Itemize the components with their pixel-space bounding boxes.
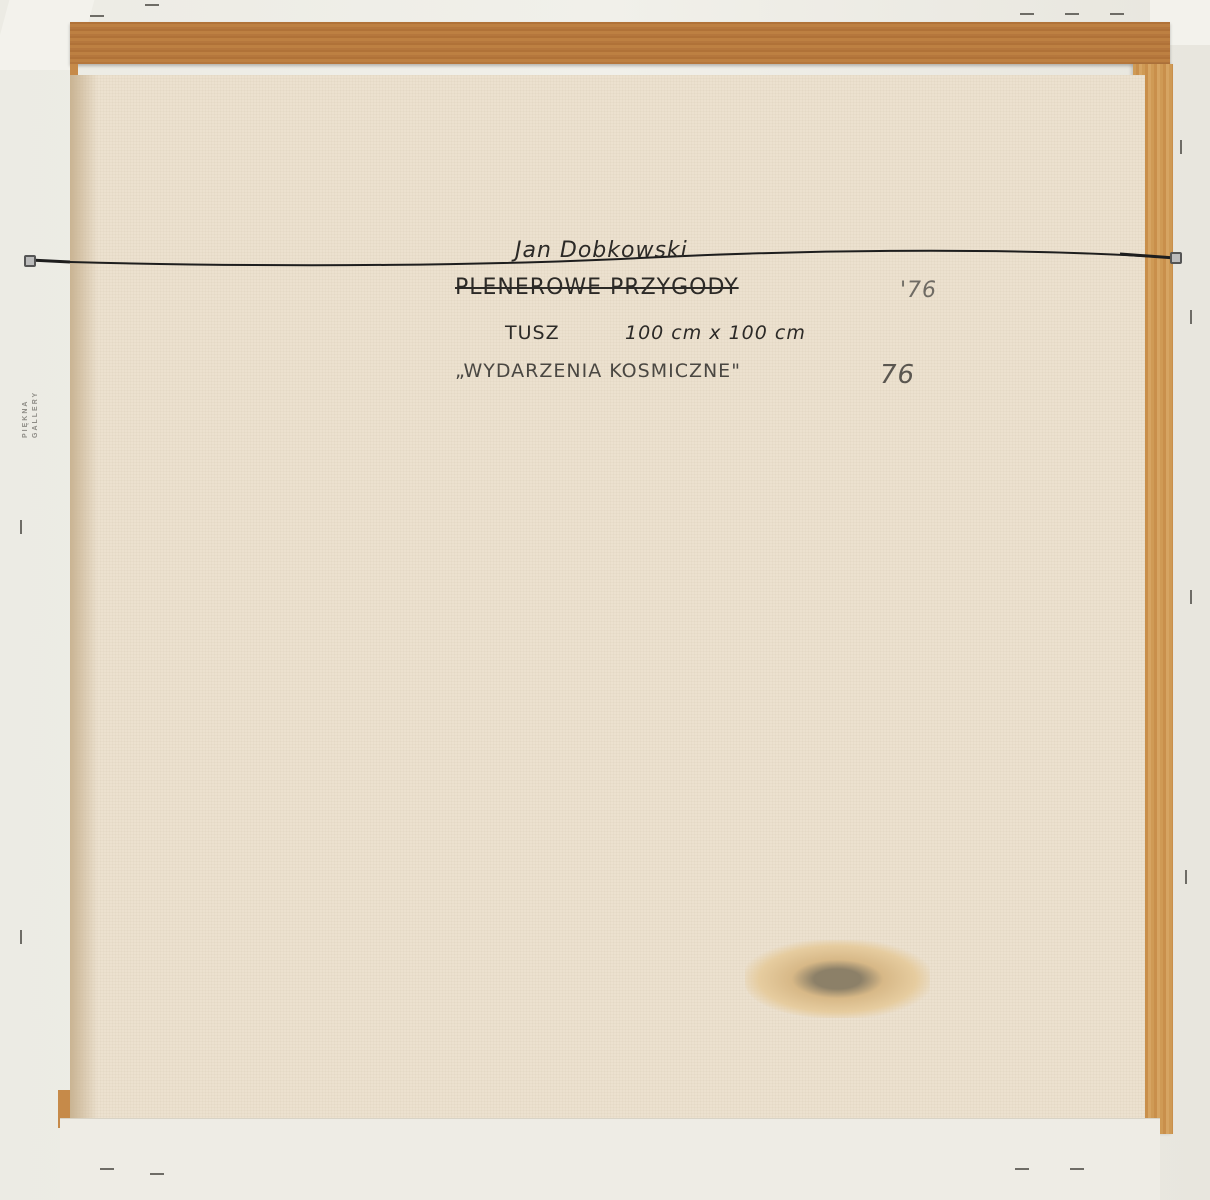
gallery-stamp: PIĘKNA GALLERY	[22, 368, 42, 438]
staple	[90, 15, 104, 17]
staple	[100, 1168, 114, 1170]
gallery-stamp-line1: PIĘKNA	[22, 400, 29, 438]
staple	[1110, 13, 1124, 15]
wire-hook-right	[1170, 252, 1182, 264]
artist-signature: Jan Dobkowski	[515, 238, 688, 263]
stretcher-bar-top	[70, 22, 1170, 64]
staple	[1065, 13, 1079, 15]
painting-title: „WYDARZENIA KOSMICZNE"	[455, 360, 741, 382]
wire-hook-left	[24, 255, 36, 267]
staple	[1190, 590, 1192, 604]
staple	[150, 1173, 164, 1175]
stain-mark	[745, 940, 930, 1018]
folded-canvas-bottom	[60, 1118, 1160, 1200]
crossed-out-year: '76	[900, 278, 937, 303]
medium-label: TUSZ	[505, 322, 560, 344]
staple	[1070, 1168, 1084, 1170]
painting-year: 76	[880, 360, 915, 390]
staple	[145, 4, 159, 6]
gallery-stamp-line2: GALLERY	[32, 391, 39, 438]
staple	[20, 930, 22, 944]
staple	[1015, 1168, 1029, 1170]
canvas-back	[70, 75, 1145, 1135]
staple	[20, 520, 22, 534]
crossed-out-title: PLENEROWE PRZYGODY	[455, 275, 739, 300]
staple	[1185, 870, 1187, 884]
dimensions-label: 100 cm x 100 cm	[625, 322, 806, 344]
staple	[1020, 13, 1034, 15]
staple	[1180, 140, 1182, 154]
staple	[1190, 310, 1192, 324]
canvas-edge-shadow	[70, 75, 98, 1135]
